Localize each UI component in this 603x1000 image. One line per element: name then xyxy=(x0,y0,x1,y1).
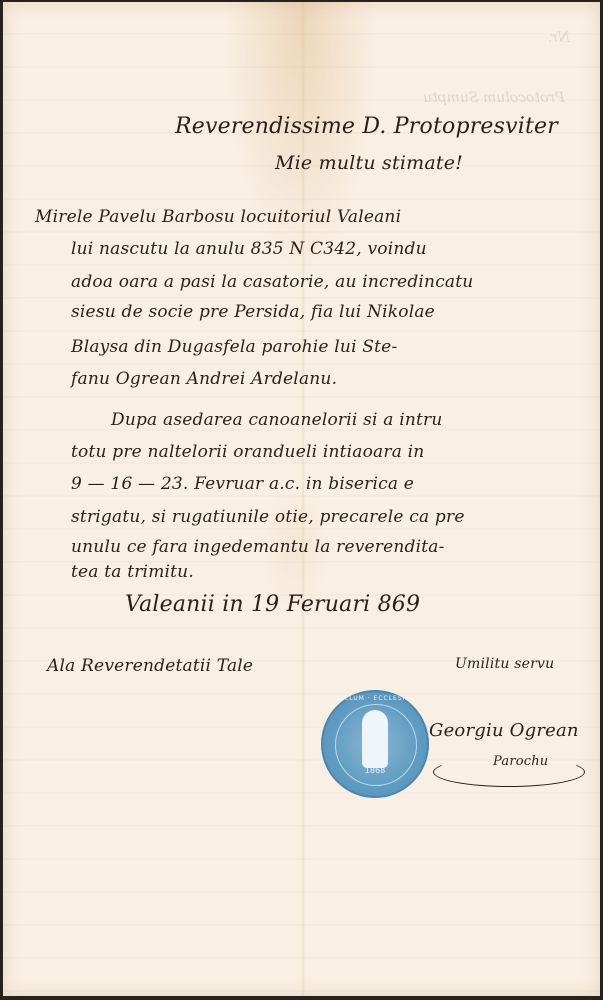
salutation-line-2: Mie multu stimate! xyxy=(275,152,463,174)
closing-left: Ala Reverendetatii Tale xyxy=(47,656,253,676)
bleed-through-text: Protocolum Sumptu xyxy=(423,90,565,106)
body-line: Dupa asedarea canoanelorii si a intru xyxy=(111,410,443,430)
body-line: Blaysa din Dugasfela parohie lui Ste- xyxy=(71,337,397,357)
dateline: Valeanii in 19 Feruari 869 xyxy=(125,592,420,617)
body-line: 9 — 16 — 23. Fevruar a.c. in biserica e xyxy=(71,474,414,494)
body-line: Mirele Pavelu Barbosu locuitoriul Valean… xyxy=(35,207,401,227)
signature-name: Georgiu Ogrean xyxy=(429,720,579,741)
body-line: unulu ce fara ingedemantu la reverendita… xyxy=(71,537,445,557)
seal-legend: SIGILLUM · ECCLESIAE · xyxy=(323,695,427,702)
closing-right: Umilitu servu xyxy=(455,656,554,672)
body-line: strigatu, si rugatiunile otie, precarele… xyxy=(71,507,465,527)
church-seal: SIGILLUM · ECCLESIAE · 1868 xyxy=(321,690,429,798)
body-line: adoa oara a pasi la casatorie, au incred… xyxy=(71,272,473,292)
body-line: totu pre naltelorii orandueli intiaoara … xyxy=(71,442,424,462)
body-line: lui nascutu la anulu 835 N C342, voindu xyxy=(71,239,427,259)
saint-figure-icon xyxy=(362,710,388,768)
signature-flourish xyxy=(433,757,585,787)
body-line: siesu de socie pre Persida, fia lui Niko… xyxy=(71,302,435,322)
body-line: tea ta trimitu. xyxy=(71,562,194,582)
bleed-through-text: Nr. xyxy=(548,30,570,46)
letter-page: Protocolum Sumptu Nr. Reverendissime D. … xyxy=(3,2,600,996)
salutation-line-1: Reverendissime D. Protopresviter xyxy=(175,114,558,139)
body-line: fanu Ogrean Andrei Ardelanu. xyxy=(71,369,337,389)
seal-year: 1868 xyxy=(323,766,427,775)
